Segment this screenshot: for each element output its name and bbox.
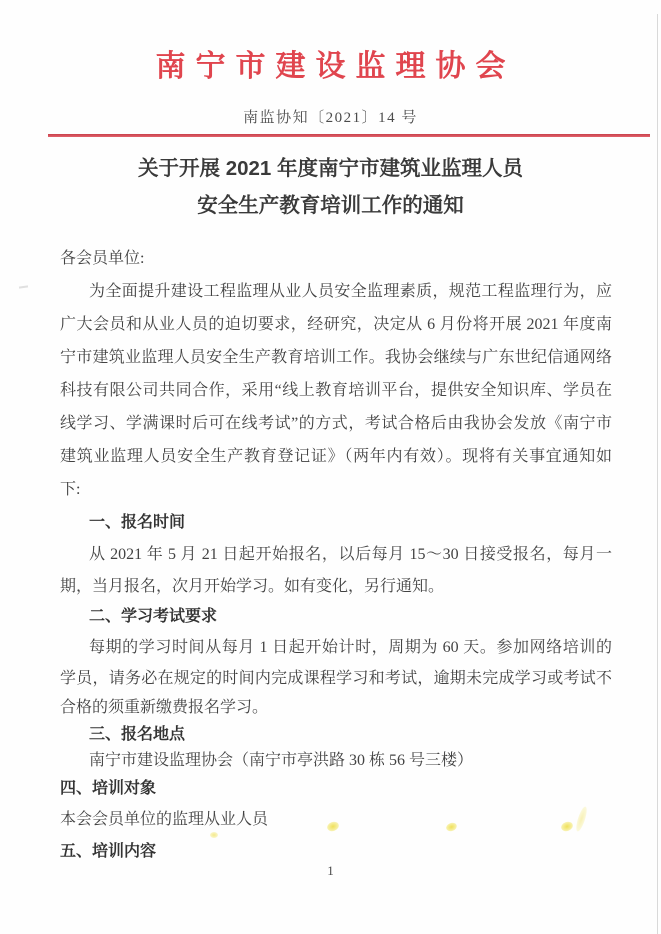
scan-artifact bbox=[19, 285, 28, 288]
intro-line: 科技有限公司共同合作，采用“线上教育培训平台，提供安全知识库、学员在 bbox=[60, 374, 612, 407]
letterhead-divider bbox=[48, 134, 650, 137]
intro-line: 宁市建筑业监理人员安全生产教育培训工作。我协会继续与广东世纪信通网络 bbox=[60, 341, 612, 374]
scan-edge-line bbox=[657, 14, 658, 934]
scanned-notice-page: 南宁市建设监理协会 南监协知〔2021〕14 号 关于开展 2021 年度南宁市… bbox=[0, 0, 661, 934]
section-heading-1: 一、报名时间 bbox=[60, 506, 612, 539]
salutation: 各会员单位: bbox=[60, 242, 612, 275]
notice-title: 关于开展 2021 年度南宁市建筑业监理人员 安全生产教育培训工作的通知 bbox=[0, 150, 661, 224]
section-3-line: 南宁市建设监理协会（南宁市亭洪路 30 栋 56 号三楼） bbox=[60, 748, 612, 774]
section-1-line: 从 2021 年 5 月 21 日起开始报名，以后每月 15～30 日接受报名，… bbox=[60, 539, 612, 571]
highlighter-mark bbox=[210, 832, 218, 838]
notice-title-line-2: 安全生产教育培训工作的通知 bbox=[0, 187, 661, 224]
section-2-line: 每期的学习时间从每月 1 日起开始计时，周期为 60 天。参加网络培训的 bbox=[60, 632, 612, 663]
section-heading-4: 四、培训对象 bbox=[60, 774, 612, 803]
section-2-line: 学员，请务必在规定的时间内完成课程学习和考试，逾期未完成学习或考试不 bbox=[60, 663, 612, 694]
intro-line: 建筑业监理人员安全生产教育登记证》（两年内有效）。现将有关事宜通知如 bbox=[60, 440, 612, 473]
section-2-line: 合格的须重新缴费报名学习。 bbox=[60, 694, 612, 722]
section-heading-2: 二、学习考试要求 bbox=[60, 602, 612, 632]
org-name-letterhead: 南宁市建设监理协会 bbox=[0, 41, 661, 85]
document-number: 南监协知〔2021〕14 号 bbox=[0, 106, 661, 127]
section-heading-3: 三、报名地点 bbox=[60, 722, 612, 748]
intro-line: 广大会员和从业人员的迫切要求，经研究，决定从 6 月份将开展 2021 年度南 bbox=[60, 308, 612, 341]
intro-line: 线学习、学满课时后可在线考试”的方式，考试合格后由我协会发放《南宁市 bbox=[60, 407, 612, 440]
notice-title-line-1: 关于开展 2021 年度南宁市建筑业监理人员 bbox=[0, 150, 661, 187]
intro-line: 下: bbox=[60, 473, 612, 506]
section-1-line: 期，当月报名，次月开始学习。如有变化，另行通知。 bbox=[60, 571, 612, 602]
notice-body: 各会员单位: 为全面提升建设工程监理从业人员安全监理素质，规范工程监理行为，应 … bbox=[60, 242, 612, 868]
page-number: 1 bbox=[0, 863, 661, 879]
section-4-line: 本会会员单位的监理从业人员 bbox=[60, 803, 612, 836]
intro-line: 为全面提升建设工程监理从业人员安全监理素质，规范工程监理行为，应 bbox=[60, 275, 612, 308]
